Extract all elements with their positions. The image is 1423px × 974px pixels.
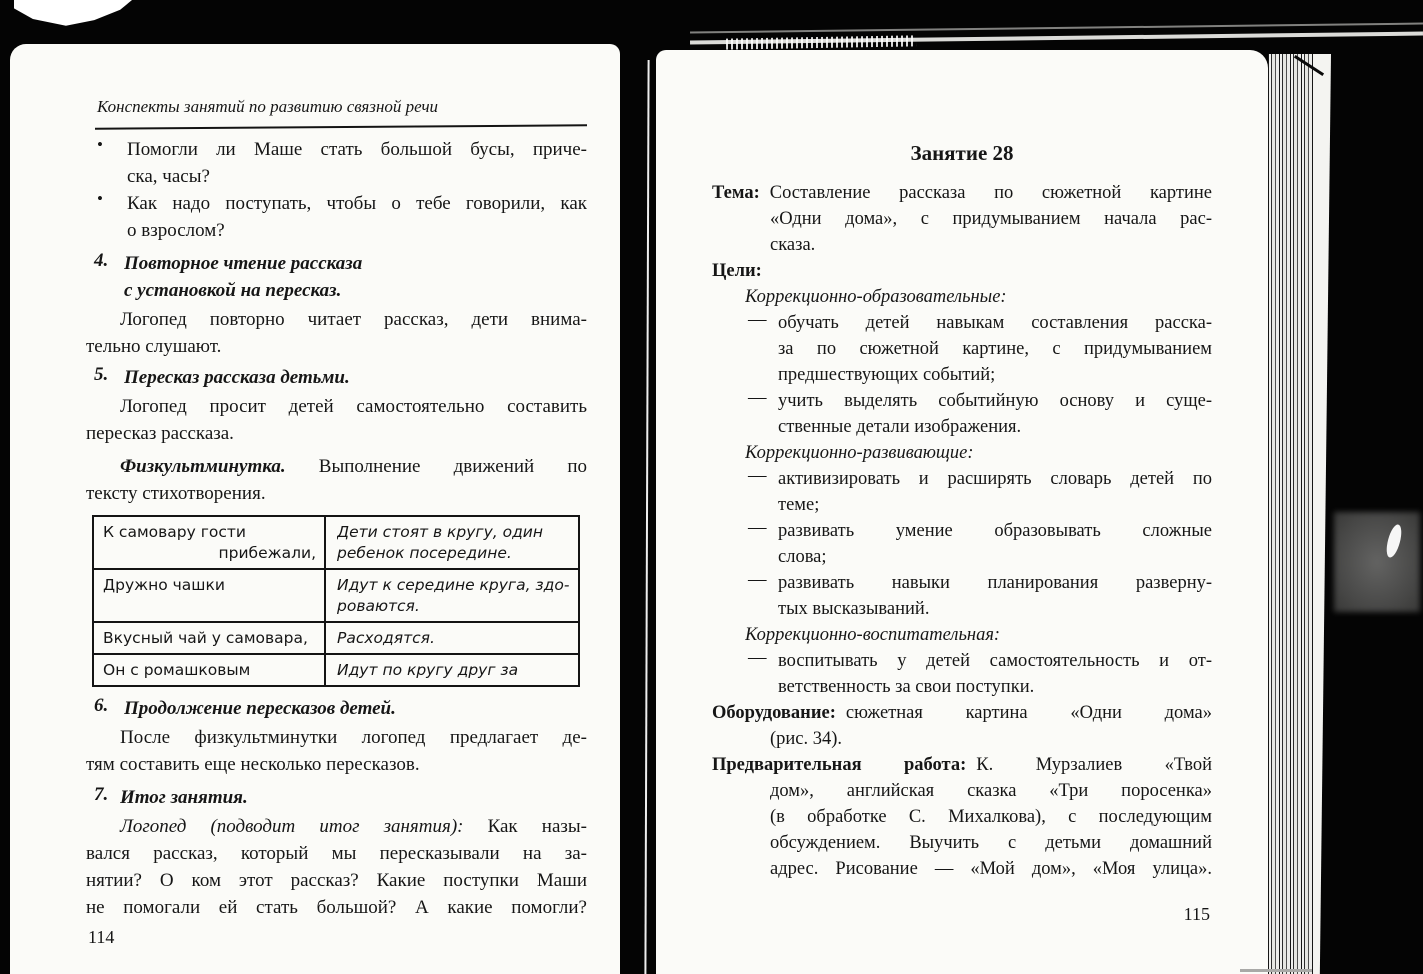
section-number: 7.	[94, 784, 108, 806]
table-cell-line: Идут по кругу друг за другом.	[337, 660, 570, 681]
celi-label-text: Цели:	[712, 261, 772, 281]
equipment-label: Оборудование:	[712, 703, 846, 723]
paragraph-line: не помогали ей стать большой? А какие по…	[86, 894, 587, 921]
dash-line: теме;	[778, 492, 1212, 518]
right-page: Занятие 28 Тема:Составление рассказа по …	[656, 50, 1268, 974]
dash-line: воспитывать у детей самостоятельность и …	[778, 648, 1212, 674]
dash-line: тых высказываний.	[778, 596, 1212, 622]
preliminary-line: Предварительная работа:К. Мурзалиев «Тво…	[712, 752, 1212, 778]
dash-line: предшествующих событий;	[778, 362, 1212, 388]
table-cell: К самовару гости прибежали,	[94, 517, 324, 568]
dash-line: активизировать и расширять словарь детей…	[778, 466, 1212, 492]
paragraph-line: Логопед просит детей самостоятельно сост…	[86, 393, 587, 420]
paragraph: Логопед просит детей самостоятельно сост…	[86, 393, 587, 447]
table-cell-line: Идут к середине круга, здо-	[337, 575, 570, 596]
table-cell-line: прибежали,	[103, 543, 316, 564]
dash-item: — активизировать и расширять словарь дет…	[712, 466, 1212, 518]
fizkultminutka-lead: Физкультминутка.	[120, 456, 286, 477]
dash-line: ственные детали изображения.	[778, 414, 1212, 440]
preliminary-line: адрес. Рисование — «Мой дом», «Моя улица…	[770, 856, 1212, 882]
bullet-text-line: Помогли ли Маше стать большой бусы, прич…	[127, 136, 587, 163]
section-number: 4.	[94, 250, 108, 272]
bullet-item: • Как надо поступать, чтобы о тебе говор…	[86, 190, 587, 244]
page-edge-streaks	[1268, 54, 1314, 974]
dash-icon: —	[748, 388, 767, 409]
tema-line: Тема:Составление рассказа по сюжетной ка…	[712, 180, 1212, 206]
tema-block: Тема:Составление рассказа по сюжетной ка…	[712, 180, 1212, 258]
dash-icon: —	[748, 518, 767, 539]
preliminary-label: Предварительная работа:	[712, 755, 976, 775]
equipment-line: Оборудование:сюжетная картина «Одни дома…	[712, 700, 1212, 726]
section-number: 5.	[94, 364, 108, 386]
paragraph-text: Выполнение движений по	[286, 456, 587, 477]
dash-item: — развивать навыки планирования разверну…	[712, 570, 1212, 622]
heading-line: Итог занятия.	[120, 784, 587, 811]
goal-subhead: Коррекционно-воспитательная:	[745, 622, 1212, 648]
exercise-table: К самовару гости прибежали, Дети стоят в…	[92, 515, 580, 687]
table-cell-line: Дружно чашки наполняли:	[103, 575, 316, 596]
dash-line: учить выделять событийную основу и суще-	[778, 388, 1212, 414]
tema-line: «Одни дома», с придумыванием начала рас-	[770, 206, 1212, 232]
paragraph-line: тельно слушают.	[86, 333, 587, 360]
table-cell-line: Он с ромашковым отваром.	[103, 660, 316, 681]
table-cell-line: роваются.	[337, 596, 570, 617]
table-cell: Дружно чашки наполняли:	[94, 568, 324, 621]
section-number: 6.	[94, 695, 108, 717]
tema-text: Составление рассказа по сюжетной картине	[770, 183, 1212, 203]
preliminary-text: К. Мурзалиев «Твой	[976, 755, 1212, 775]
table-cell-line: Дети стоят в кругу, один	[337, 522, 570, 543]
heading-line: с установкой на пересказ.	[124, 277, 587, 304]
heading-line: Пересказ рассказа детьми.	[124, 364, 587, 391]
dash-item: — воспитывать у детей самостоятельность …	[712, 648, 1212, 700]
table-cell-line: ребенок посередине.	[337, 543, 570, 564]
tema-label: Тема:	[712, 183, 770, 203]
bullet-icon: •	[97, 189, 103, 209]
dash-item: — обучать детей навыкам составления расс…	[712, 310, 1212, 388]
goal-subhead: Коррекционно-образовательные:	[745, 284, 1212, 310]
bullet-text-line: о взрослом?	[127, 217, 587, 244]
goal-subhead: Коррекционно-развивающие:	[745, 440, 1212, 466]
table-cell: Идут по кругу друг за другом.	[324, 653, 578, 685]
paragraph-line: После физкультминутки логопед предлагает…	[86, 724, 587, 751]
dash-line: обучать детей навыкам составления расска…	[778, 310, 1212, 336]
preliminary-line: (в обработке С. Михалкова), с последующи…	[770, 804, 1212, 830]
paragraph-line: тексту стихотворения.	[86, 480, 587, 507]
section-heading-4: 4. Повторное чтение рассказа с установко…	[94, 250, 587, 304]
dash-icon: —	[748, 648, 767, 669]
equipment-block: Оборудование:сюжетная картина «Одни дома…	[712, 700, 1212, 752]
paragraph-line: Физкультминутка. Выполнение движений по	[86, 453, 587, 480]
question-bullet-list: • Помогли ли Маше стать большой бусы, пр…	[86, 136, 587, 244]
paragraph-text: Как назы-	[463, 816, 587, 837]
table-cell: Идут к середине круга, здо- роваются.	[324, 568, 578, 621]
bullet-icon: •	[97, 135, 103, 155]
heading-line: Повторное чтение рассказа	[124, 250, 587, 277]
preliminary-line: дом», английская сказка «Три поросенка»	[770, 778, 1212, 804]
table-cell: Дети стоят в кругу, один ребенок посеред…	[324, 517, 578, 568]
dash-line: развивать умение образовывать сложные	[778, 518, 1212, 544]
equipment-line: (рис. 34).	[770, 726, 1212, 752]
heading-line: Продолжение пересказов детей.	[124, 695, 587, 722]
dash-icon: —	[748, 570, 767, 591]
scan-gray-patch	[1334, 512, 1420, 612]
table-cell: Расходятся.	[324, 621, 578, 653]
dash-line: развивать навыки планирования разверну-	[778, 570, 1212, 596]
paragraph-line: Логопед (подводит итог занятия): Как наз…	[86, 813, 587, 840]
left-page: Конспекты занятий по развитию связной ре…	[10, 44, 620, 974]
page-number: 115	[712, 904, 1212, 925]
section-heading-5: 5. Пересказ рассказа детьми.	[94, 364, 587, 391]
paragraph: Логопед повторно читает рассказ, дети вн…	[86, 306, 587, 360]
gutter-highlight-line	[644, 60, 649, 974]
section-heading-6: 6. Продолжение пересказов детей.	[94, 695, 587, 722]
running-head: Конспекты занятий по развитию связной ре…	[97, 94, 587, 120]
dash-icon: —	[748, 466, 767, 487]
paragraph: После физкультминутки логопед предлагает…	[86, 724, 587, 778]
paragraph-line: вался рассказ, который мы пересказывали …	[86, 840, 587, 867]
equipment-text: сюжетная картина «Одни дома»	[846, 703, 1212, 723]
paragraph-line: Логопед повторно читает рассказ, дети вн…	[86, 306, 587, 333]
scan-bottom-line	[1240, 969, 1312, 972]
paragraph-line: тям составить еще несколько пересказов.	[86, 751, 587, 778]
torn-paper-patch	[14, 0, 132, 28]
logoped-lead: Логопед (подводит итог занятия):	[120, 816, 463, 837]
bullet-item: • Помогли ли Маше стать большой бусы, пр…	[86, 136, 587, 190]
page-number: 114	[88, 927, 587, 948]
running-head-rule	[95, 124, 587, 129]
summary-paragraph: Логопед (подводит итог занятия): Как наз…	[86, 813, 587, 921]
dash-icon: —	[748, 310, 767, 331]
celi-label: Цели:	[712, 258, 1212, 284]
paragraph-line: пересказ рассказа.	[86, 420, 587, 447]
scan-top-streak	[690, 23, 1423, 34]
table-cell: Он с ромашковым отваром.	[94, 653, 324, 685]
fizkultminutka-paragraph: Физкультминутка. Выполнение движений по …	[86, 453, 587, 507]
dash-line: за по сюжетной картине, с придумыванием	[778, 336, 1212, 362]
scan-top-scribble	[726, 35, 916, 49]
table-cell: Вкусный чай у самовара,	[94, 621, 324, 653]
lesson-title: Занятие 28	[712, 140, 1212, 166]
table-cell-line: К самовару гости	[103, 522, 316, 543]
tema-line: сказа.	[770, 232, 1212, 258]
dash-line: ветственность за свои поступки.	[778, 674, 1212, 700]
dash-line: слова;	[778, 544, 1212, 570]
section-heading-7: 7. Итог занятия.	[94, 784, 587, 811]
preliminary-line: обсуждением. Выучить с детьми домашний	[770, 830, 1212, 856]
page-edge-wedge	[1313, 54, 1331, 974]
dash-item: — учить выделять событийную основу и сущ…	[712, 388, 1212, 440]
table-cell-line: Вкусный чай у самовара,	[103, 628, 316, 649]
paragraph-line: нятии? О ком этот рассказ? Какие поступк…	[86, 867, 587, 894]
bullet-text-line: Как надо поступать, чтобы о тебе говорил…	[127, 190, 587, 217]
preliminary-work-block: Предварительная работа:К. Мурзалиев «Тво…	[712, 752, 1212, 882]
dash-item: — развивать умение образовывать сложные …	[712, 518, 1212, 570]
bullet-text-line: ска, часы?	[127, 163, 587, 190]
table-cell-line: Расходятся.	[337, 628, 570, 649]
